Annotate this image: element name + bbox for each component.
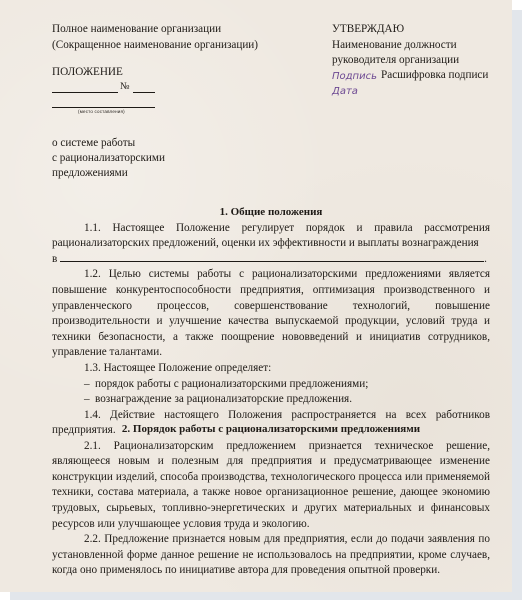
signature-decode: Расшифровка подписи: [381, 67, 488, 84]
number-blank-line: [133, 92, 155, 93]
paragraph-2-2: 2.2. Предложение признается новым для пр…: [52, 532, 490, 579]
tail-prefix: в: [52, 253, 57, 265]
dash-icon: –: [84, 377, 95, 393]
section-2-heading: 2. Порядок работы с рационализаторскими …: [52, 422, 490, 438]
section-1-heading: 1. Общие положения: [52, 205, 490, 221]
org-short-name: (Сокращенное наименование организации): [52, 37, 258, 54]
paragraph-1-1: 1.1. Настоящее Положение регулирует поря…: [52, 221, 490, 252]
document-page: Полное наименование организации (Сокраще…: [0, 0, 512, 592]
section-2: 2. Порядок работы с рационализаторскими …: [52, 422, 490, 579]
paragraph-1-2: 1.2. Целью системы работы с рационализат…: [52, 267, 490, 361]
title-line-3: предложениями: [52, 165, 128, 182]
doc-type: ПОЛОЖЕНИЕ: [52, 64, 123, 81]
list-item: –вознаграждение за рационализаторские пр…: [52, 392, 490, 408]
paragraph-1-3: 1.3. Настоящее Положение определяет:: [52, 361, 490, 377]
section-1: 1. Общие положения 1.1. Настоящее Положе…: [52, 205, 490, 439]
approve-label: УТВЕРЖДАЮ: [332, 21, 404, 38]
number-sign: №: [120, 81, 130, 92]
tail-suffix: .: [484, 253, 487, 265]
dash-icon: –: [84, 392, 95, 408]
date-placeholder: Дата: [332, 83, 358, 100]
org-full-name: Полное наименование организации: [52, 21, 221, 38]
paragraph-1-1-tail: в .: [52, 252, 490, 268]
place-blank-line: [52, 107, 155, 108]
date-blank-line: [52, 92, 118, 93]
paragraph-2-1: 2.1. Рационализаторским предложением при…: [52, 439, 490, 533]
org-blank-line: [60, 252, 484, 262]
list-item: –порядок работы с рационализаторскими пр…: [52, 377, 490, 393]
place-caption: (место составления): [78, 109, 125, 114]
